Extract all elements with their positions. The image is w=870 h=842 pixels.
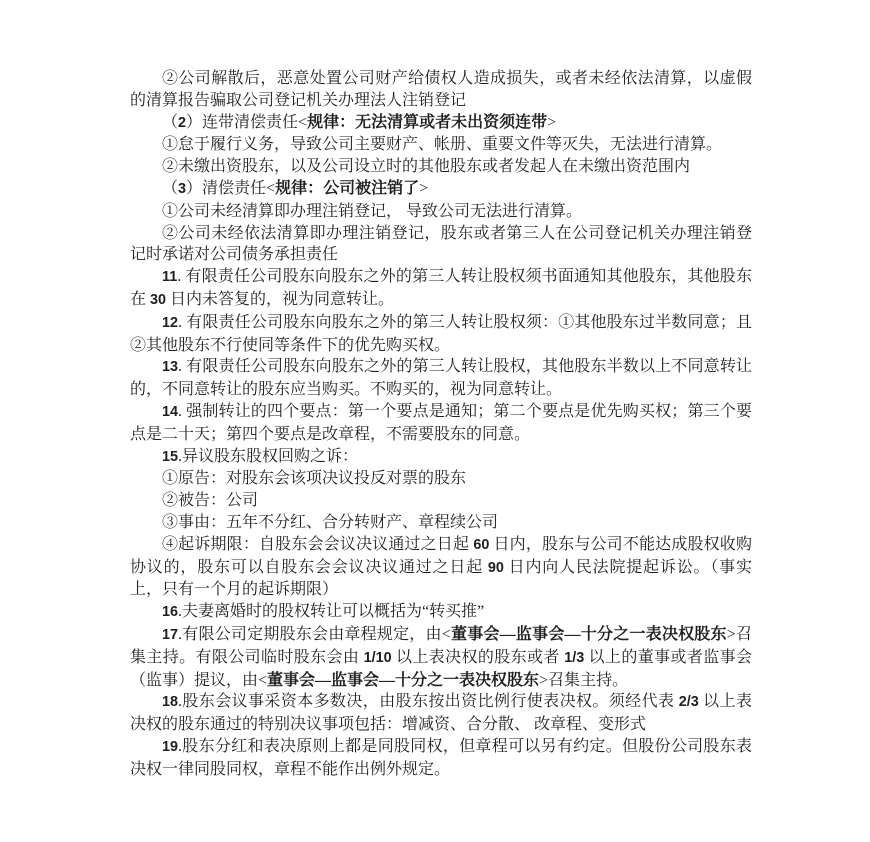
numeral: 13: [162, 359, 178, 375]
paragraph: 16.夫妻离婚时的股权转让可以概括为“转买推”: [130, 601, 752, 624]
document-body: ②公司解散后，恶意处置公司财产给债权人造成损失，或者未经依法清算，以虚假的清算报…: [130, 68, 752, 781]
paragraph: （2）连带清偿责任<规律：无法清算或者未出资须连带>: [130, 112, 752, 135]
numeral: 2/3: [679, 694, 699, 710]
body-text: 16.夫妻离婚时的股权转让可以概括为“转买推”: [162, 603, 484, 620]
body-text: ①公司未经清算即办理注销登记， 导致公司无法进行清算。: [162, 203, 582, 220]
paragraph: 18.股东会议事采资本多数决，由股东按出资比例行使表决权。须经代表 2/3 以上…: [130, 691, 752, 736]
numeral: 12: [162, 315, 178, 331]
numeral: 14: [162, 404, 178, 420]
paragraph: ①公司未经清算即办理注销登记， 导致公司无法进行清算。: [130, 201, 752, 223]
numeral: 2: [178, 115, 186, 131]
body-text: （2）连带清偿责任<: [162, 114, 307, 131]
body-text: 11. 有限责任公司股东向股东之外的第三人转让股权须书面通知其他股东，其他股东在…: [130, 268, 752, 308]
body-text: ②公司未经依法清算即办理注销登记，股东或者第三人在公司登记机关办理注销登记时承诺…: [130, 225, 752, 264]
emphasis-text: 董事会—监事会—十分之一表决权股东: [267, 672, 539, 689]
emphasis-text: 规律：公司被注销了: [275, 180, 419, 197]
body-text: 13. 有限责任公司股东向股东之外的第三人转让股权，其他股东半数以上不同意转让的…: [130, 358, 752, 398]
body-text: ①原告：对股东会该项决议投反对票的股东: [162, 470, 466, 487]
numeral: 1/3: [564, 650, 584, 666]
body-text: ④起诉期限：自股东会会议决议通过之日起 60 日内，股东与公司不能达成股权收购协…: [130, 536, 752, 599]
body-text: 18.股东会议事采资本多数决，由股东按出资比例行使表决权。须经代表 2/3 以上…: [130, 693, 752, 733]
numeral: 17: [162, 627, 178, 643]
numeral: 11: [162, 269, 177, 285]
paragraph: 13. 有限责任公司股东向股东之外的第三人转让股权，其他股东半数以上不同意转让的…: [130, 356, 752, 401]
body-text: >: [547, 114, 556, 131]
numeral: 3: [178, 181, 186, 197]
body-text: >召集主持。: [539, 672, 628, 689]
body-text: 12. 有限责任公司股东向股东之外的第三人转让股权须：①其他股东过半数同意；且②…: [130, 314, 752, 354]
paragraph: ②未缴出资股东，以及公司设立时的其他股东或者发起人在未缴出资范围内: [130, 156, 752, 178]
numeral: 90: [488, 560, 504, 576]
body-text: ①怠于履行义务，导致公司主要财产、帐册、重要文件等灭失，无法进行清算。: [162, 136, 722, 153]
emphasis-text: 董事会—监事会—十分之一表决权股东: [451, 626, 727, 643]
paragraph: 14. 强制转让的四个要点：第一个要点是通知；第二个要点是优先购买权；第三个要点…: [130, 401, 752, 446]
body-text: （3）清偿责任<: [162, 180, 275, 197]
numeral: 1/10: [364, 650, 392, 666]
paragraph: ③事由：五年不分红、合分转财产、章程续公司: [130, 512, 752, 534]
paragraph: ②公司未经依法清算即办理注销登记，股东或者第三人在公司登记机关办理注销登记时承诺…: [130, 223, 752, 267]
body-text: ③事由：五年不分红、合分转财产、章程续公司: [162, 514, 498, 531]
numeral: 60: [473, 537, 489, 553]
paragraph: 11. 有限责任公司股东向股东之外的第三人转让股权须书面通知其他股东，其他股东在…: [130, 266, 752, 312]
paragraph: ①怠于履行义务，导致公司主要财产、帐册、重要文件等灭失，无法进行清算。: [130, 134, 752, 156]
document-page: ②公司解散后，恶意处置公司财产给债权人造成损失，或者未经依法清算，以虚假的清算报…: [0, 0, 870, 842]
body-text: 14. 强制转让的四个要点：第一个要点是通知；第二个要点是优先购买权；第三个要点…: [130, 403, 752, 443]
paragraph: 17.有限公司定期股东会由章程规定，由<董事会—监事会—十分之一表决权股东>召集…: [130, 624, 752, 691]
numeral: 18: [162, 694, 178, 710]
numeral: 30: [150, 292, 166, 308]
body-text: 15.异议股东股权回购之诉：: [162, 448, 358, 465]
emphasis-text: 规律：无法清算或者未出资须连带: [307, 114, 547, 131]
body-text: 17.有限公司定期股东会由章程规定，由<: [162, 626, 451, 643]
paragraph: （3）清偿责任<规律：公司被注销了>: [130, 178, 752, 201]
paragraph: 12. 有限责任公司股东向股东之外的第三人转让股权须：①其他股东过半数同意；且②…: [130, 312, 752, 357]
body-text: ②未缴出资股东，以及公司设立时的其他股东或者发起人在未缴出资范围内: [162, 158, 690, 175]
body-text: >: [419, 180, 428, 197]
paragraph: ②公司解散后，恶意处置公司财产给债权人造成损失，或者未经依法清算，以虚假的清算报…: [130, 68, 752, 112]
body-text: 19.股东分红和表决原则上都是同股同权，但章程可以另有约定。但股份公司股东表决权…: [130, 738, 752, 778]
paragraph: ④起诉期限：自股东会会议决议通过之日起 60 日内，股东与公司不能达成股权收购协…: [130, 534, 752, 601]
paragraph: ②被告：公司: [130, 490, 752, 512]
paragraph: 15.异议股东股权回购之诉：: [130, 446, 752, 469]
paragraph: ①原告：对股东会该项决议投反对票的股东: [130, 468, 752, 490]
body-text: ②公司解散后，恶意处置公司财产给债权人造成损失，或者未经依法清算，以虚假的清算报…: [130, 70, 752, 109]
numeral: 16: [162, 604, 178, 620]
numeral: 19: [162, 739, 178, 755]
numeral: 15: [162, 449, 178, 465]
body-text: ②被告：公司: [162, 492, 258, 509]
paragraph: 19.股东分红和表决原则上都是同股同权，但章程可以另有约定。但股份公司股东表决权…: [130, 736, 752, 781]
